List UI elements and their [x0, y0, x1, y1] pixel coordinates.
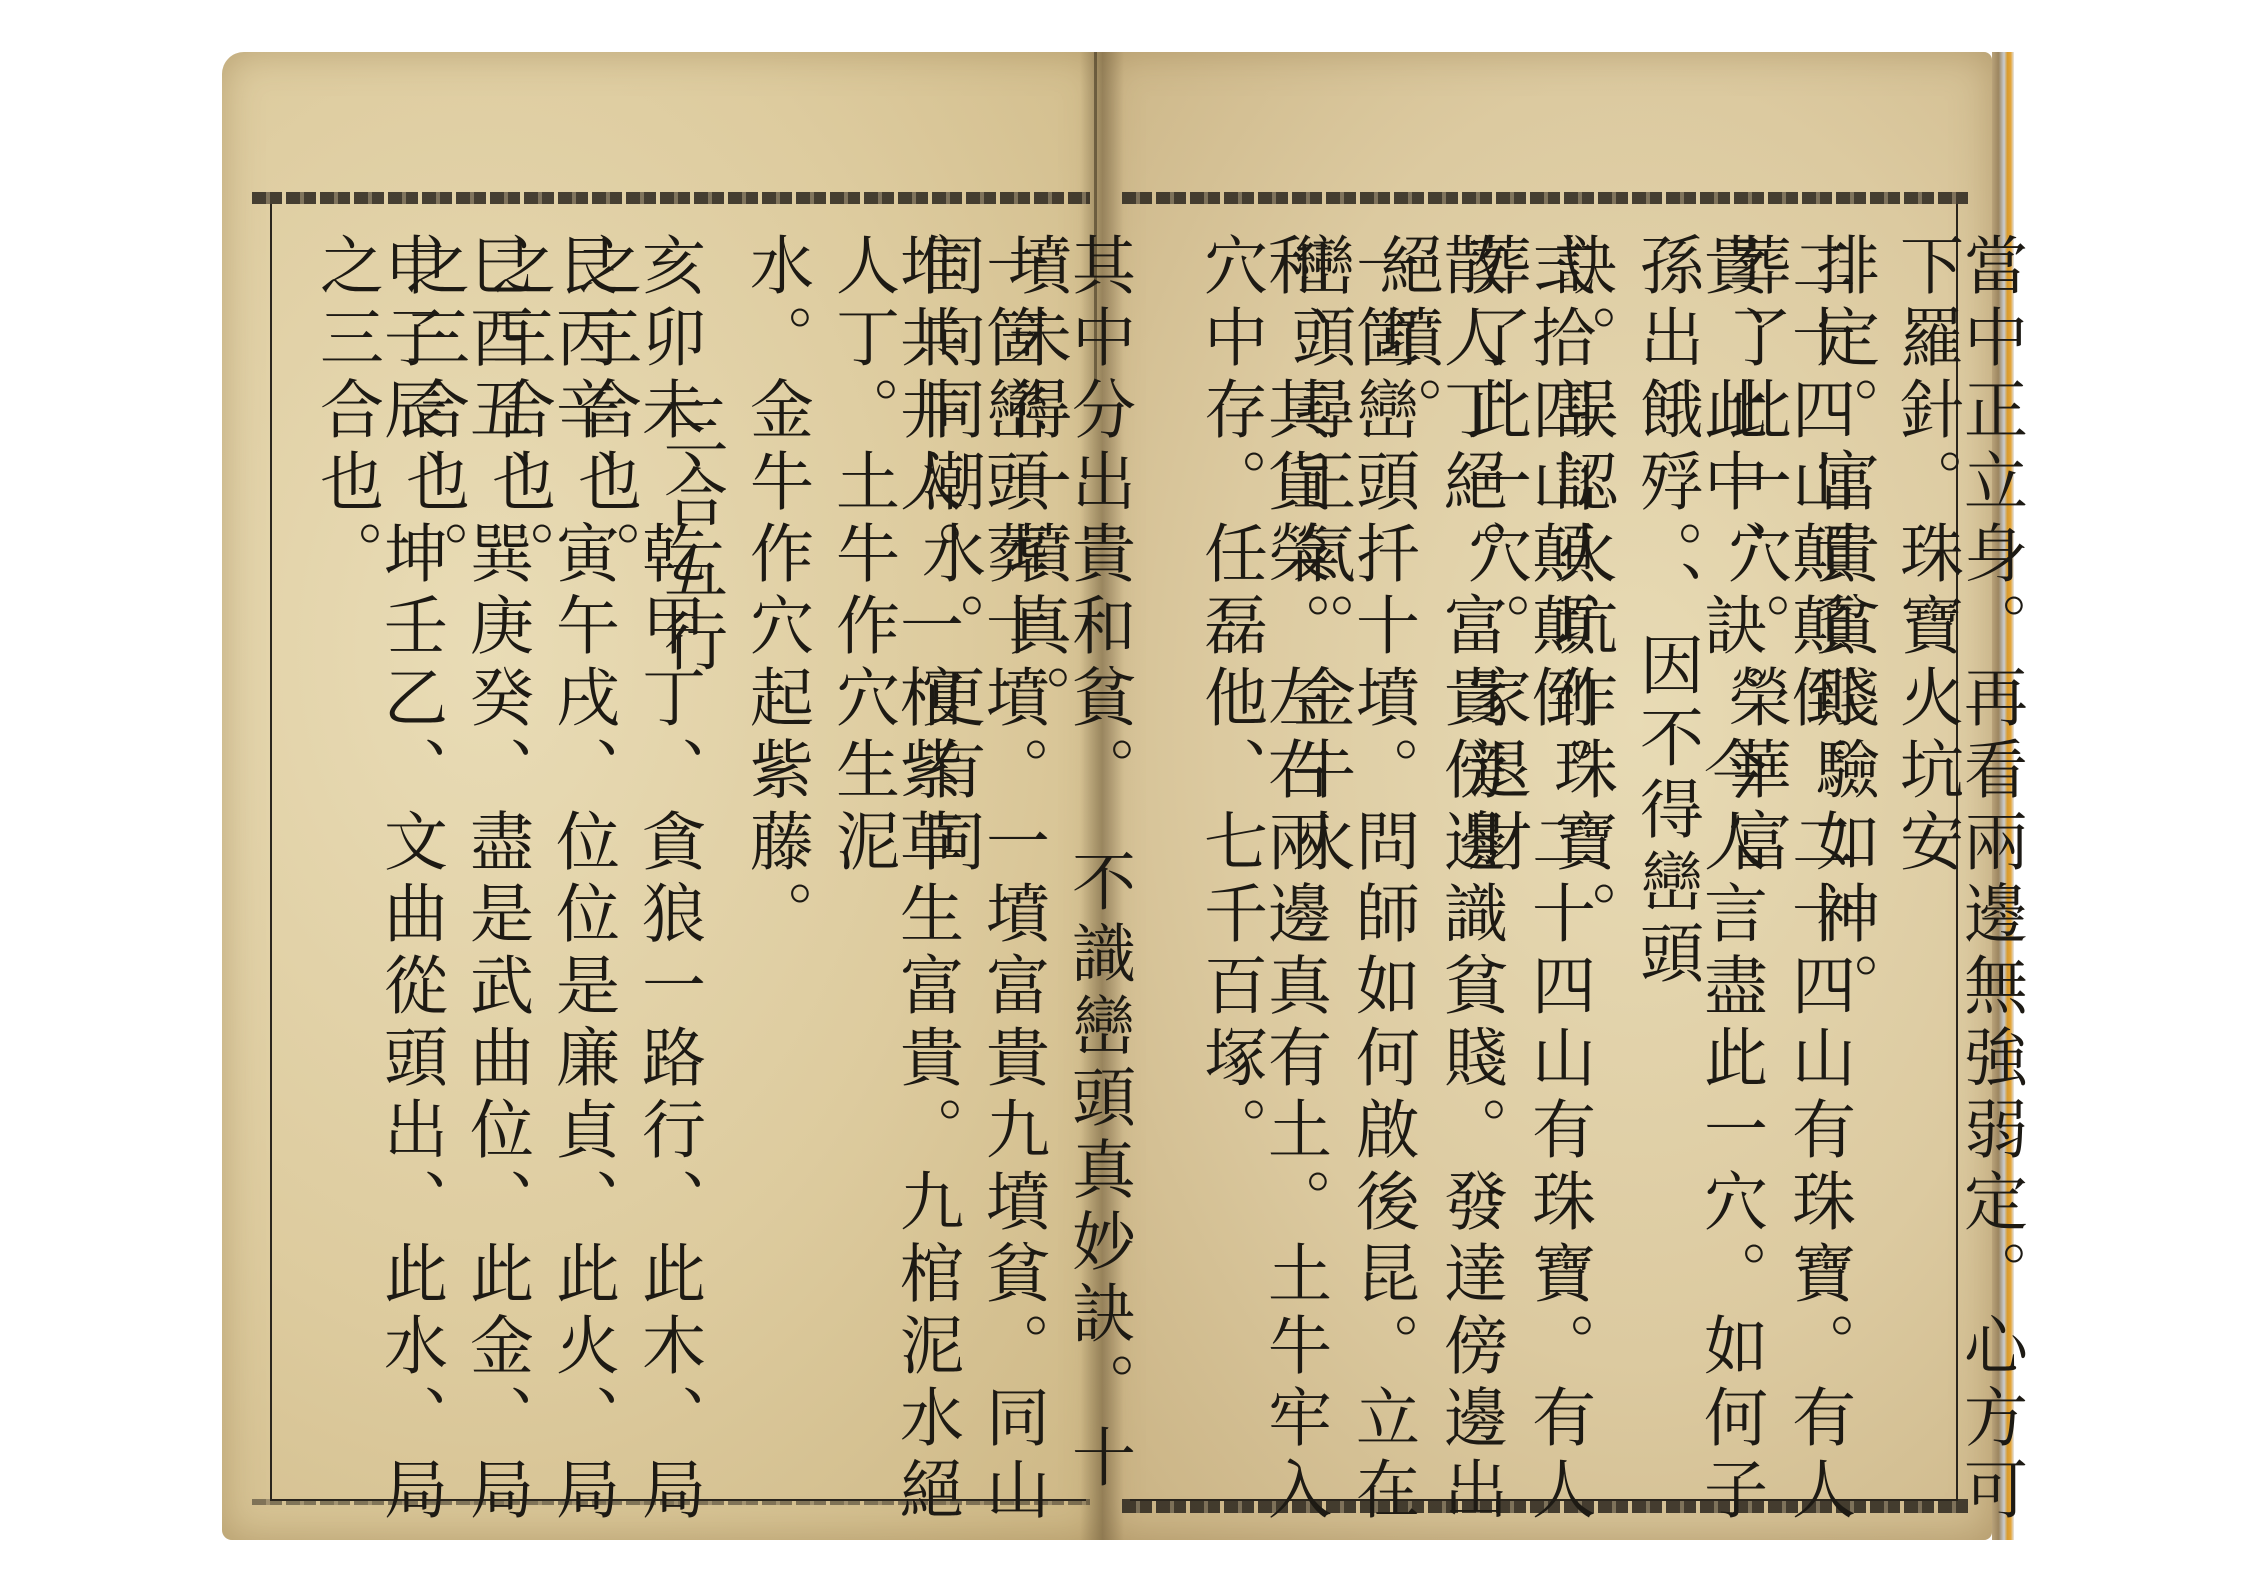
text-column: 堆共井人。一棺紫草生富貴。九棺泥水絕人丁。土牛作穴生泥: [830, 232, 958, 1540]
top-border-rule-right: [1122, 192, 1972, 204]
text-column: 申子辰、坤壬乙、文曲從頭出、此水、局之三合也。: [314, 232, 442, 1540]
top-border-rule-left: [252, 192, 1090, 204]
text-column: 貴、此中、訣。今人言盡此一穴。如何子孫出餓殍。、因不得巒頭: [1634, 232, 1762, 1540]
book-spread: 當中正立身。再看兩邊無強弱定。心方可下羅針。珠寶火坑安 排定。富貴貧賤驗如神。 …: [222, 52, 2014, 1540]
text-column: 水。金牛作穴起紫藤。: [744, 232, 808, 952]
text-column: 和、其貨榮。左右兩邊真有土。土牛牢入穴中存。任磊他、七千百塚。: [1198, 232, 1326, 1540]
text-column: 當中正立身。再看兩邊無強弱定。心方可下羅針。珠寶火坑安: [1894, 232, 2022, 1540]
